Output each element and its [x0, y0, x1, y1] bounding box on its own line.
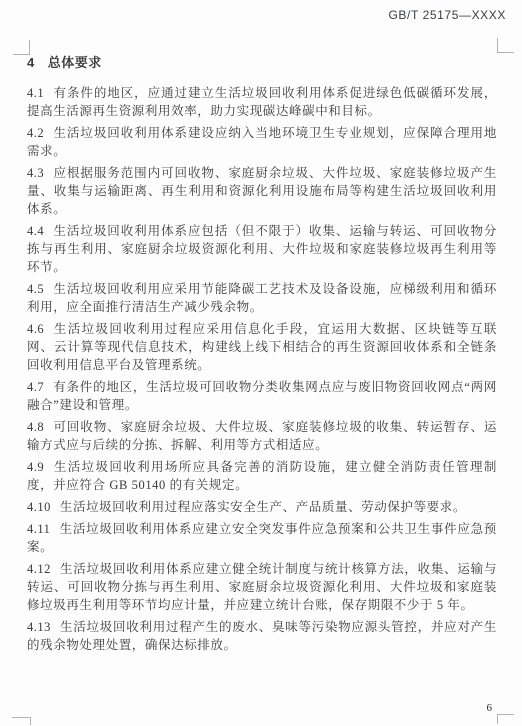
clause-4-11: 4.11生活垃圾回收利用体系应建立安全突发事件应急预案和公共卫生事件应急预案。	[27, 520, 497, 556]
clause-number: 4.9	[27, 460, 44, 474]
clause-4-12: 4.12生活垃圾回收利用体系应建立健全统计制度与统计核算方法，收集、运输与转运、…	[27, 560, 497, 614]
clause-number: 4.13	[27, 620, 51, 634]
clause-text: 有条件的地区，应通过建立生活垃圾回收利用体系促进绿色低碳循环发展，提高生活源再生…	[27, 86, 497, 118]
clause-4-6: 4.6生活垃圾回收利用过程应采用信息化手段，宜运用大数据、区块链等互联网、云计算…	[27, 320, 497, 374]
crop-mark-top-left	[13, 40, 30, 55]
clause-4-10: 4.10生活垃圾回收利用过程应落实安全生产、产品质量、劳动保护等要求。	[27, 498, 497, 516]
doc-number: GB/T 25175—XXXX	[388, 8, 506, 22]
clause-text: 生活垃圾回收利用体系建设应纳入当地环境卫生专业规划，应保障合理用地需求。	[27, 126, 497, 158]
clause-4-8: 4.8可回收物、家庭厨余垃圾、大件垃圾、家庭装修垃圾的收集、转运暂存、运输方式应…	[27, 418, 497, 454]
clause-number: 4.8	[27, 420, 44, 434]
clause-text: 生活垃圾回收利用体系应建立健全统计制度与统计核算方法，收集、运输与转运、可回收物…	[27, 562, 497, 612]
clause-text: 生活垃圾回收利用过程应落实安全生产、产品质量、劳动保护等要求。	[60, 500, 466, 514]
clause-4-4: 4.4生活垃圾回收利用体系应包括（但不限于）收集、运输与转运、可回收物分拣与再生…	[27, 222, 497, 276]
clause-text: 生活垃圾回收利用过程应采用信息化手段，宜运用大数据、区块链等互联网、云计算等现代…	[27, 322, 497, 372]
page-number: 6	[487, 702, 493, 714]
clause-number: 4.5	[27, 282, 44, 296]
clause-number: 4.4	[27, 224, 44, 238]
clause-4-3: 4.3应根据服务范围内可回收物、家庭厨余垃圾、大件垃圾、家庭装修垃圾产生量、收集…	[27, 164, 497, 218]
clause-text: 可回收物、家庭厨余垃圾、大件垃圾、家庭装修垃圾的收集、转运暂存、运输方式应与后续…	[27, 420, 497, 452]
clause-text: 生活垃圾回收利用应采用节能降碳工艺技术及设备设施，应梯级利用和循环利用，应全面推…	[27, 282, 497, 314]
clause-text: 生活垃圾回收利用场所应具备完善的消防设施，建立健全消防责任管理制度，并应符合 G…	[27, 460, 497, 492]
clause-text: 生活垃圾回收利用体系应包括（但不限于）收集、运输与转运、可回收物分拣与再生利用、…	[27, 224, 497, 274]
section-number: 4	[27, 55, 35, 70]
clause-number: 4.1	[27, 86, 44, 100]
clause-text: 应根据服务范围内可回收物、家庭厨余垃圾、大件垃圾、家庭装修垃圾产生量、收集与运输…	[27, 166, 497, 216]
clause-number: 4.6	[27, 322, 44, 336]
clause-number: 4.11	[27, 522, 50, 536]
document-page: GB/T 25175—XXXX 4总体要求 4.1有条件的地区，应通过建立生活垃…	[0, 0, 522, 726]
clause-number: 4.3	[27, 166, 44, 180]
section-title: 总体要求	[48, 55, 102, 70]
clause-text: 生活垃圾回收利用体系应建立安全突发事件应急预案和公共卫生事件应急预案。	[27, 522, 497, 554]
clause-4-1: 4.1有条件的地区，应通过建立生活垃圾回收利用体系促进绿色低碳循环发展，提高生活…	[27, 84, 497, 120]
clause-4-9: 4.9生活垃圾回收利用场所应具备完善的消防设施，建立健全消防责任管理制度，并应符…	[27, 458, 497, 494]
clause-4-13: 4.13生活垃圾回收利用过程产生的废水、臭味等污染物应源头管控，并应对产生的残余…	[27, 618, 497, 654]
clause-4-5: 4.5生活垃圾回收利用应采用节能降碳工艺技术及设备设施，应梯级利用和循环利用，应…	[27, 280, 497, 316]
clause-text: 生活垃圾回收利用过程产生的废水、臭味等污染物应源头管控，并应对产生的残余物处理处…	[27, 620, 497, 652]
crop-mark-bottom-left	[12, 717, 31, 725]
crop-mark-top-right	[497, 38, 514, 53]
clause-number: 4.2	[27, 126, 44, 140]
clause-text: 有条件的地区，生活垃圾可回收物分类收集网点应与废旧物资回收网点“两网融合”建设和…	[27, 380, 497, 412]
clause-number: 4.7	[27, 380, 44, 394]
clause-4-7: 4.7有条件的地区，生活垃圾可回收物分类收集网点应与废旧物资回收网点“两网融合”…	[27, 378, 497, 414]
clause-4-2: 4.2生活垃圾回收利用体系建设应纳入当地环境卫生专业规划，应保障合理用地需求。	[27, 124, 497, 160]
section-heading: 4总体要求	[27, 54, 497, 72]
crop-mark-bottom-right	[497, 714, 514, 724]
clause-number: 4.12	[27, 562, 51, 576]
clause-number: 4.10	[27, 500, 51, 514]
section-body: 4总体要求 4.1有条件的地区，应通过建立生活垃圾回收利用体系促进绿色低碳循环发…	[27, 54, 497, 658]
